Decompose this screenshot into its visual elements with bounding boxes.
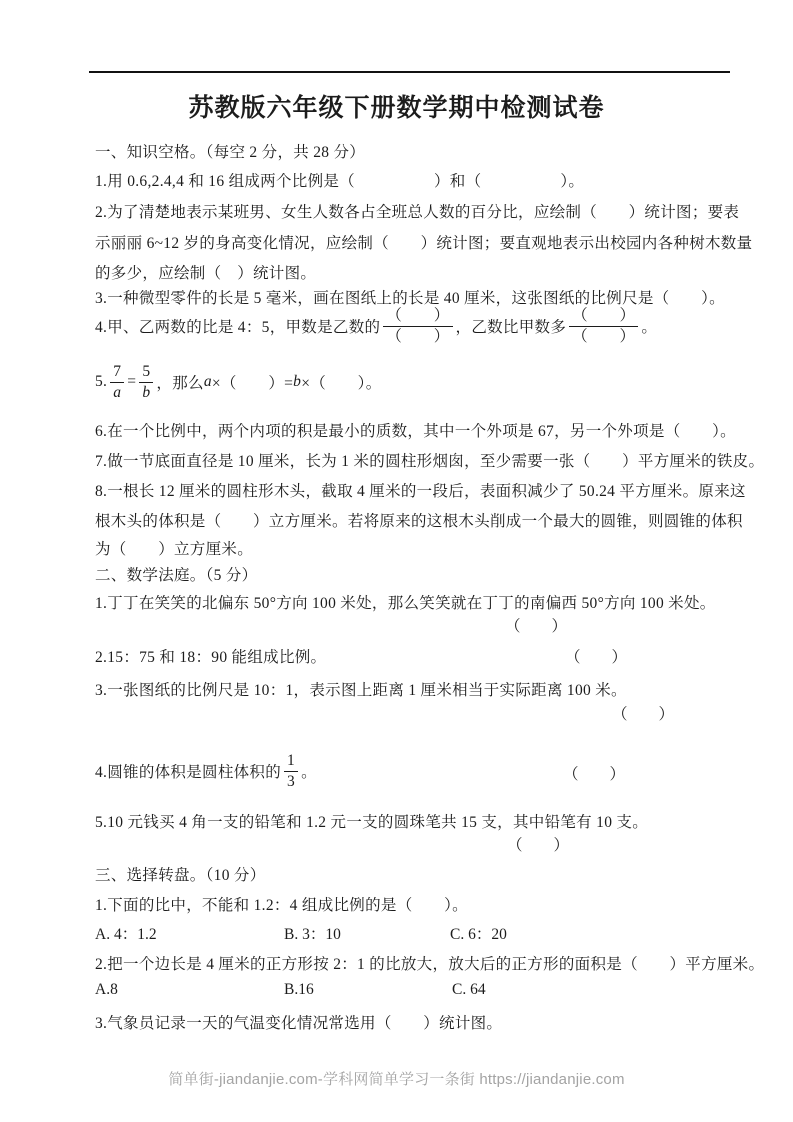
q4-text-part3: 。 xyxy=(641,315,657,337)
section2-q4: 4.圆锥的体积是圆柱体积的 1 3 。 xyxy=(95,748,317,794)
fraction-numerator: 5 xyxy=(139,362,153,381)
q4-fraction-2: （ ） （ ） xyxy=(569,306,638,346)
page-title: 苏教版六年级下册数学期中检测试卷 xyxy=(0,88,793,124)
section3-q3: 3.气象员记录一天的气温变化情况常选用（ ）统计图。 xyxy=(95,1011,502,1033)
q4-text-part2: 。 xyxy=(301,760,317,782)
fraction-numerator: 1 xyxy=(284,751,298,770)
section3-q2-option-b: B.16 xyxy=(284,981,314,999)
q5-fraction-2: 5 b xyxy=(139,362,153,402)
section1-q5: 5. 7 a = 5 b ，那么 a ×（ ）= b ×（ ）。 xyxy=(95,358,382,406)
section2-q1: 1.丁丁在笑笑的北偏东 50°方向 100 米处，那么笑笑就在丁丁的南偏西 50… xyxy=(95,591,716,613)
section2-heading: 二、数学法庭。（5 分） xyxy=(95,563,257,585)
top-divider xyxy=(89,71,730,73)
section3-q1-option-b: B. 3：10 xyxy=(284,922,341,944)
section1-heading: 一、知识空格。（每空 2 分，共 28 分） xyxy=(95,140,365,162)
section3-q2-option-a: A.8 xyxy=(95,981,118,999)
q5-prefix: 5. xyxy=(95,373,107,391)
section1-q7: 7.做一节底面直径是 10 厘米，长为 1 米的圆柱形烟囱，至少需要一张（ ）平… xyxy=(95,449,764,471)
section1-q1: 1.用 0.6,2.4,4 和 16 组成两个比例是（ ）和（ ）。 xyxy=(95,169,584,191)
answer-blank: （ ） xyxy=(563,762,625,784)
section2-q2: 2.15：75 和 18：90 能组成比例。 xyxy=(95,645,326,667)
section1-q4: 4.甲、乙两数的比是 4：5，甲数是乙数的 （ ） （ ） ，乙数比甲数多 （ … xyxy=(95,303,657,349)
q5-equals: = xyxy=(127,373,136,391)
fraction-denominator: （ ） xyxy=(383,326,452,346)
section3-q2-option-c: C. 64 xyxy=(452,981,486,999)
q5-fraction-1: 7 a xyxy=(110,362,124,402)
q4-text-part1: 4.甲、乙两数的比是 4：5，甲数是乙数的 xyxy=(95,315,380,337)
section1-q2-line1: 2.为了清楚地表示某班男、女生人数各占全班总人数的百分比，应绘制（ ）统计图；要… xyxy=(95,200,739,222)
section1-q8-line3: 为（ ）立方厘米。 xyxy=(95,537,253,559)
fraction-denominator: b xyxy=(139,382,153,402)
answer-blank: （ ） xyxy=(565,645,627,667)
fraction-denominator: a xyxy=(110,382,124,402)
section3-heading: 三、选择转盘。（10 分） xyxy=(95,863,266,885)
test-paper-page: 苏教版六年级下册数学期中检测试卷 一、知识空格。（每空 2 分，共 28 分） … xyxy=(0,0,793,1122)
section3-q1-option-a: A. 4：1.2 xyxy=(95,922,157,944)
section3-q2: 2.把一个边长是 4 厘米的正方形按 2：1 的比放大，放大后的正方形的面积是（… xyxy=(95,952,764,974)
section3-q1: 1.下面的比中，不能和 1.2：4 组成比例的是（ ）。 xyxy=(95,893,468,915)
fraction-numerator: 7 xyxy=(110,362,124,381)
answer-blank: （ ） xyxy=(507,833,569,855)
fraction-denominator: （ ） xyxy=(569,326,638,346)
q5-text-end: ×（ ）。 xyxy=(301,371,381,393)
footer-watermark: 简单街-jiandanjie.com-学科网简单学习一条街 https://ji… xyxy=(0,1068,793,1089)
q4-text-part1: 4.圆锥的体积是圆柱体积的 xyxy=(95,760,281,782)
section3-q1-option-c: C. 6：20 xyxy=(450,922,507,944)
fraction-numerator: （ ） xyxy=(383,306,452,325)
section1-q8-line2: 根木头的体积是（ ）立方厘米。若将原来的这根木头削成一个最大的圆锥，则圆锥的体积 xyxy=(95,509,743,531)
q5-text-mid: ×（ ）= xyxy=(212,371,293,393)
q4-fraction-1: （ ） （ ） xyxy=(383,306,452,346)
q5-var-a: a xyxy=(204,373,212,391)
q4-text-part2: ，乙数比甲数多 xyxy=(456,315,567,337)
fraction-numerator: （ ） xyxy=(569,306,638,325)
section1-q6: 6.在一个比例中，两个内项的积是最小的质数，其中一个外项是 67，另一个外项是（… xyxy=(95,419,736,441)
section2-q3: 3.一张图纸的比例尺是 10：1，表示图上距离 1 厘米相当于实际距离 100 … xyxy=(95,678,627,700)
q4-fraction: 1 3 xyxy=(284,751,298,791)
section1-q2-line3: 的多少，应绘制（ ）统计图。 xyxy=(95,261,316,283)
answer-blank: （ ） xyxy=(505,614,567,636)
section1-q8-line1: 8.一根长 12 厘米的圆柱形木头，截取 4 厘米的一段后，表面积减少了 50.… xyxy=(95,479,746,501)
fraction-denominator: 3 xyxy=(284,771,298,791)
q5-text-rest: ，那么 xyxy=(156,371,203,393)
section1-q2-line2: 示丽丽 6~12 岁的身高变化情况，应绘制（ ）统计图；要直观地表示出校园内各种… xyxy=(95,231,752,253)
q5-var-b: b xyxy=(293,373,301,391)
section2-q5: 5.10 元钱买 4 角一支的铅笔和 1.2 元一支的圆珠笔共 15 支，其中铅… xyxy=(95,810,648,832)
answer-blank: （ ） xyxy=(612,702,674,724)
